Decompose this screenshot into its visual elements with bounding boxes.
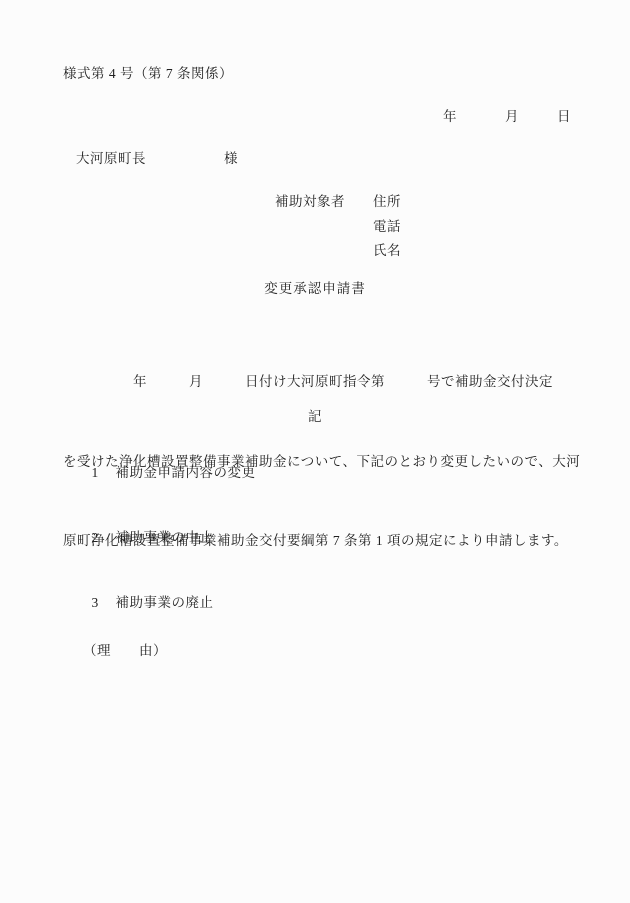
record-heading: 記 <box>0 409 630 425</box>
addressee-honorific: 様 <box>224 151 238 167</box>
reason-label: （理 由） <box>83 643 167 659</box>
applicant-field-name: 氏名 <box>373 243 401 259</box>
item-2: 2補助事業の中止 <box>76 514 214 563</box>
item-2-label: 補助事業の中止 <box>116 530 214 545</box>
item-2-number: 2 <box>92 530 116 546</box>
date-month-label: 月 <box>505 109 519 125</box>
date-line: 年 月 日 <box>0 109 630 127</box>
item-1-number: 1 <box>92 465 116 481</box>
item-3: 3補助事業の廃止 <box>76 579 214 628</box>
document-page: 様式第 4 号（第 7 条関係） 年 月 日 大河原町長 様 補助対象者 住所 … <box>0 0 630 903</box>
body-line-1: 年 月 日付け大河原町指令第 号で補助金交付決定 <box>63 369 575 396</box>
item-1: 1補助金申請内容の変更 <box>76 449 256 498</box>
addressee-line: 大河原町長 様 <box>0 151 630 169</box>
applicant-field-phone: 電話 <box>373 219 401 235</box>
applicant-field-address: 住所 <box>373 194 401 210</box>
form-number: 様式第 4 号（第 7 条関係） <box>63 66 233 82</box>
item-1-label: 補助金申請内容の変更 <box>116 465 256 480</box>
item-3-label: 補助事業の廃止 <box>116 595 214 610</box>
date-day-label: 日 <box>557 109 571 125</box>
addressee-name: 大河原町長 <box>76 151 146 167</box>
item-3-number: 3 <box>92 595 116 611</box>
date-year-label: 年 <box>443 109 457 125</box>
document-title: 変更承認申請書 <box>0 281 630 297</box>
applicant-label: 補助対象者 <box>275 194 345 210</box>
